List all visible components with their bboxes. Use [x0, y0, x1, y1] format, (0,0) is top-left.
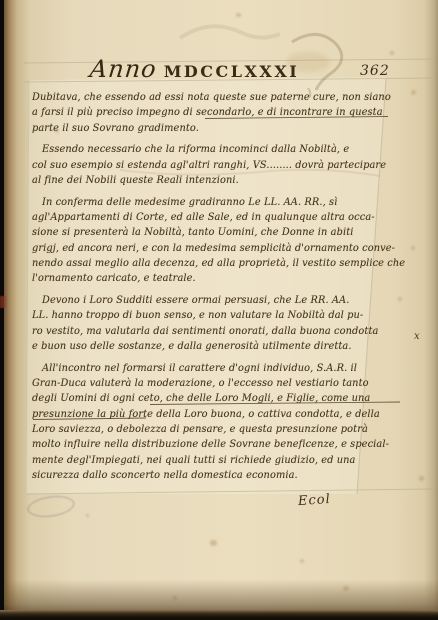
manuscript-line: Gran-Duca valuterà la moderazione, o l'e… — [32, 376, 412, 391]
foxing-spot — [419, 476, 424, 481]
foxing-spot — [173, 596, 177, 600]
manuscript-line: mente degl'Impiegati, nei quali tutti si… — [32, 453, 412, 468]
manuscript-line: e buon uso delle sostanze, e dalla gener… — [32, 339, 412, 354]
marginal-mark: x — [414, 331, 420, 342]
manuscript-line: parte il suo Sovrano gradimento. — [32, 121, 412, 136]
manuscript-line: sione si presenterà la Nobiltà, tanto Uo… — [32, 225, 412, 240]
manuscript-line: col suo esempio si estenda agl'altri ran… — [32, 158, 412, 173]
manuscript-line: molto influire nella distribuzione delle… — [32, 437, 412, 452]
manuscript-line: In conferma delle medesime gradiranno Le… — [32, 195, 412, 210]
manuscript-line: All'incontro nel formarsi il carattere d… — [32, 361, 412, 376]
foxing-spot — [343, 586, 349, 591]
catchword: Ecol — [298, 492, 332, 509]
manuscript-line: nendo assai meglio alla decenza, ed alla… — [32, 256, 412, 271]
manuscript-photo: Anno MDCCLXXXI 362 Dubitava, che essendo… — [0, 0, 438, 620]
foxing-spot — [236, 13, 241, 17]
foxing-spot — [86, 514, 89, 517]
title-roman-numerals: MDCCLXXXI — [164, 62, 300, 81]
manuscript-line: Devono i Loro Sudditi essere ormai persu… — [32, 293, 412, 308]
foxing-spot — [390, 51, 394, 55]
manuscript-line: ro vestito, ma valutarla dai sentimenti … — [32, 324, 412, 339]
manuscript-line: Loro saviezza, o debolezza di pensare, e… — [32, 422, 412, 437]
page-title: Anno MDCCLXXXI — [90, 55, 299, 83]
bottom-edge — [0, 610, 438, 620]
manuscript-line: Dubitava, che essendo ad essi nota quest… — [32, 90, 412, 105]
manuscript-line: agl'Appartamenti di Corte, ed alle Sale,… — [32, 210, 412, 225]
title-script-word: Anno — [89, 55, 159, 83]
page-number: 362 — [360, 63, 390, 79]
manuscript-line: sicurezza dallo sconcerto nella domestic… — [32, 468, 412, 483]
manuscript-line: degli Uomini di ogni ceto, che delle Lor… — [32, 391, 412, 406]
manuscript-line: l'ornamento caricato, e teatrale. — [32, 271, 412, 286]
foxing-spot — [210, 540, 217, 546]
manuscript-line: al fine dei Nobili queste Reali intenzio… — [32, 173, 412, 188]
manuscript-line: presunzione la più forte della Loro buon… — [32, 407, 412, 422]
manuscript-line: LL. hanno troppo di buon senso, e non va… — [32, 308, 412, 323]
foxing-spot — [300, 559, 304, 563]
manuscript-line: grigj, ed ancora neri, e con la medesima… — [32, 241, 412, 256]
manuscript-line: a farsi il più preciso impegno di second… — [32, 105, 412, 120]
binding-edge-mark — [0, 296, 6, 308]
manuscript-line: Essendo necessario che la riforma incomi… — [32, 142, 412, 157]
text-block: Dubitava, che essendo ad essi nota quest… — [32, 90, 412, 483]
